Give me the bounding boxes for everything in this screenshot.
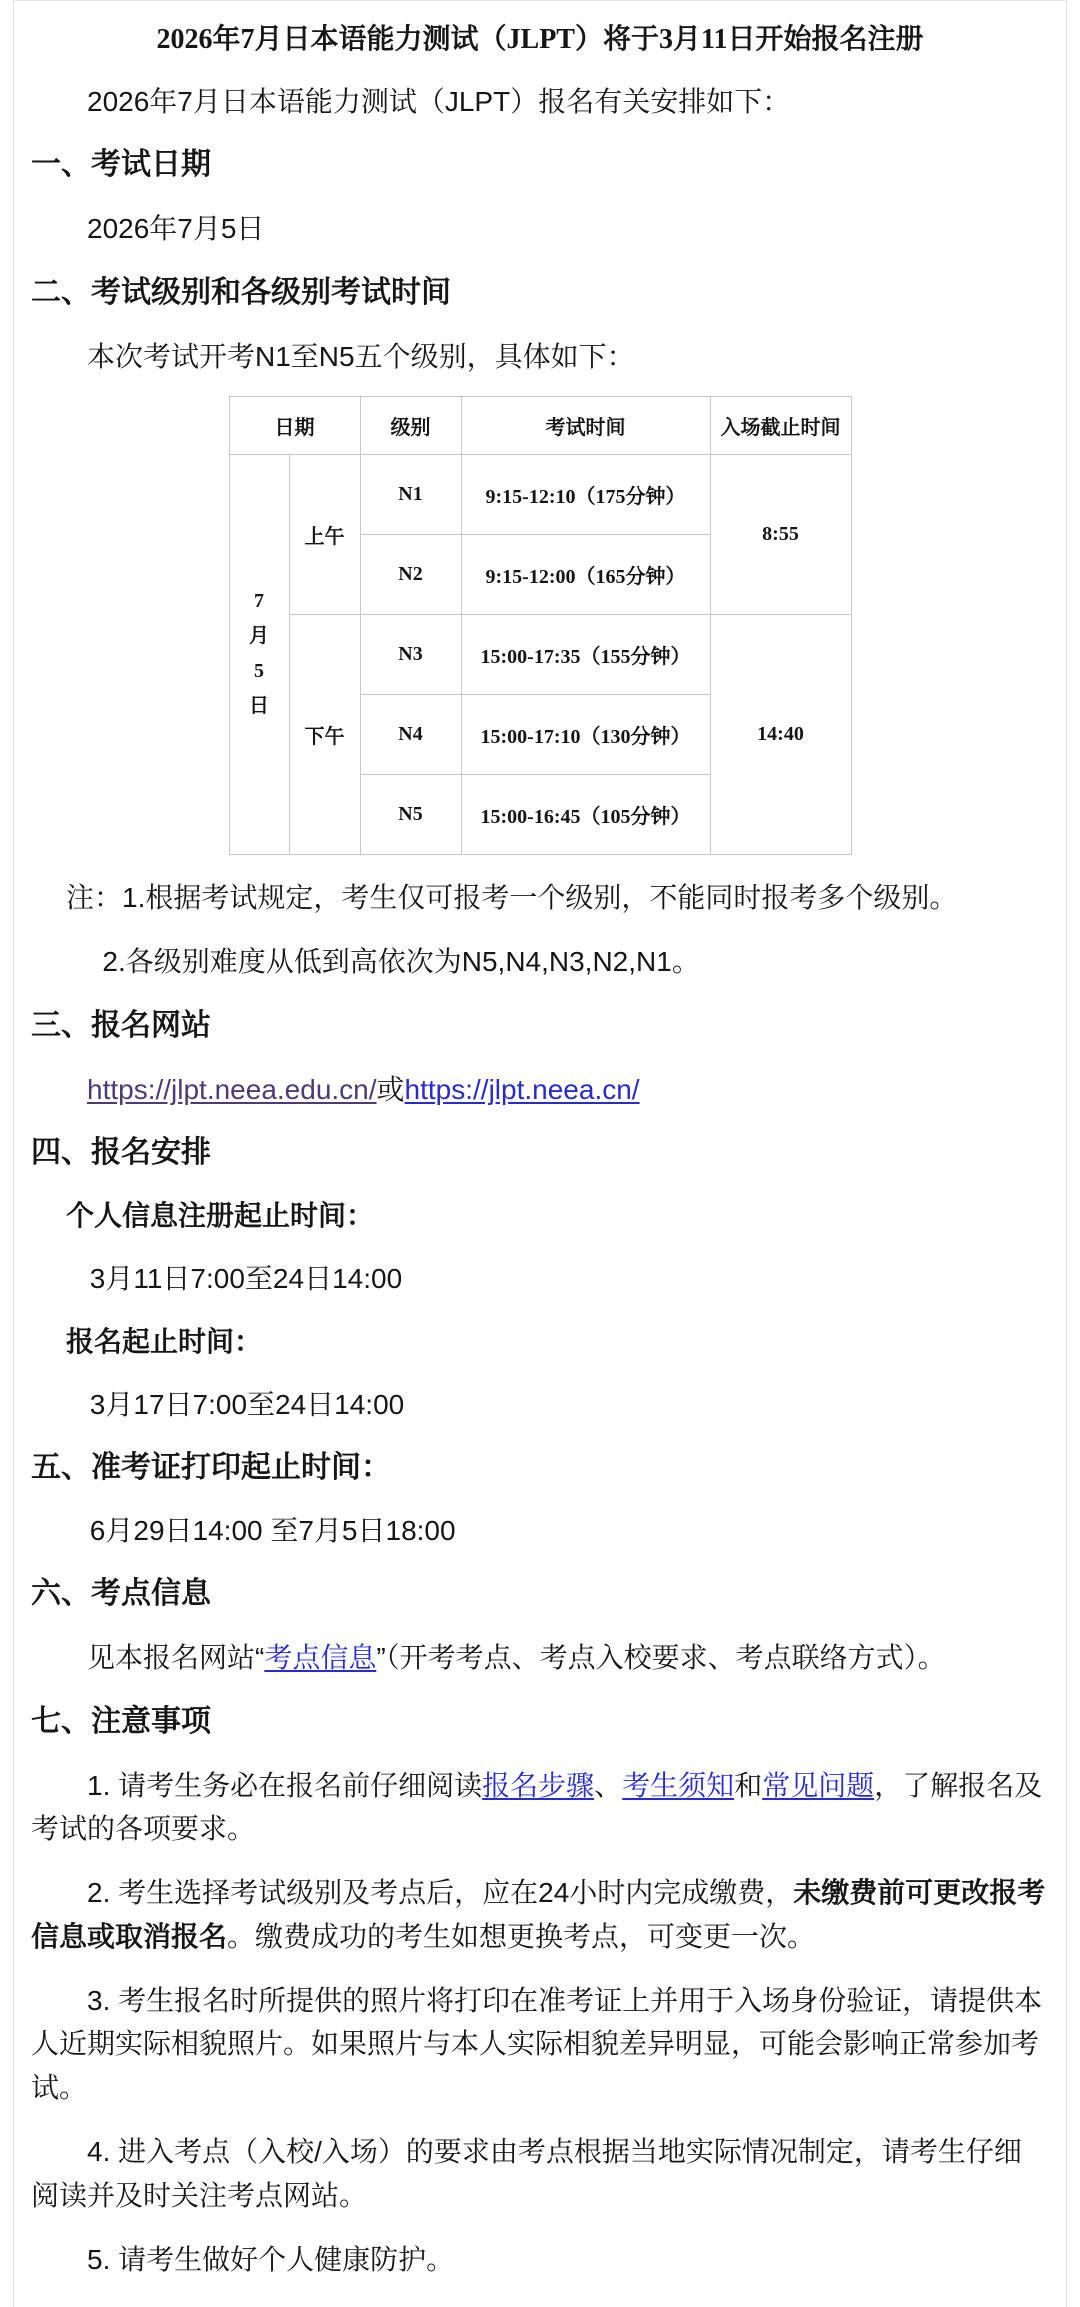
notice-item-1-pre: 1. 请考生务必在报名前仔细阅读 (87, 1770, 482, 1801)
table-row: 下午 N3 15:00-17:35（155分钟） 14:40 (229, 614, 851, 694)
test-center-text-post: ”（开考考点、考点入校要求、考点联络方式）。 (376, 1642, 945, 1673)
registration-url-alt-link[interactable]: https://jlpt.neea.cn/ (405, 1074, 640, 1105)
notice-item-4: 4. 进入考点（入校/入场）的要求由考点根据当地实际情况制定，请考生仔细阅读并及… (31, 2130, 1049, 2217)
personal-info-period-label: 个人信息注册起止时间： (31, 1195, 1049, 1237)
notes-paragraph-1: 注：1.根据考试规定，考生仅可报考一个级别，不能同时报考多个级别。 (31, 876, 1049, 919)
test-center-info-link[interactable]: 考点信息 (264, 1642, 376, 1673)
faq-link[interactable]: 常见问题 (762, 1770, 874, 1801)
level-cell-n1: N1 (360, 454, 461, 534)
notice-item-2-post: 。缴费成功的考生如想更换考点，可变更一次。 (227, 1921, 815, 1952)
section-5-heading: 五、准考证打印起止时间： (31, 1447, 1049, 1489)
notice-page: 2026年7月日本语能力测试（JLPT）将于3月11日开始报名注册 2026年7… (0, 0, 1080, 2307)
section-6-heading: 六、考点信息 (31, 1573, 1049, 1615)
section-2-heading: 二、考试级别和各级别考试时间 (31, 272, 1049, 314)
time-cell-n5: 15:00-16:45（105分钟） (461, 774, 710, 854)
registration-steps-link[interactable]: 报名步骤 (482, 1770, 594, 1801)
notice-item-5: 5. 请考生做好个人健康防护。 (31, 2238, 1049, 2281)
time-cell-n3: 15:00-17:35（155分钟） (461, 614, 710, 694)
test-center-text-pre: 见本报名网站“ (87, 1642, 264, 1673)
intro-paragraph: 2026年7月日本语能力测试（JLPT）报名有关安排如下： (31, 80, 1049, 123)
notice-item-1-sep1: 、 (594, 1770, 622, 1801)
time-cell-n2: 9:15-12:00（165分钟） (461, 534, 710, 614)
personal-info-period-value: 3月11日7:00至24日14:00 (31, 1258, 1049, 1300)
section-2-intro: 本次考试开考N1至N5五个级别，具体如下： (31, 335, 1049, 378)
admission-ticket-period-value: 6月29日14:00 至7月5日18:00 (31, 1510, 1049, 1552)
session-morning-cell: 上午 (289, 454, 360, 614)
exam-date: 2026年7月5日 (31, 207, 1049, 250)
table-header-row: 日期 级别 考试时间 入场截止时间 (229, 396, 851, 454)
url-separator: 或 (377, 1074, 405, 1105)
level-header: 级别 (360, 396, 461, 454)
time-cell-n4: 15:00-17:10（130分钟） (461, 694, 710, 774)
date-char: 月 (230, 619, 289, 654)
notice-item-1: 1. 请考生务必在报名前仔细阅读报名步骤、考生须知和常见问题，了解报名及考试的各… (31, 1764, 1049, 1851)
notice-title: 2026年7月日本语能力测试（JLPT）将于3月11日开始报名注册 (31, 21, 1049, 59)
level-cell-n5: N5 (360, 774, 461, 854)
deadline-morning-cell: 8:55 (710, 454, 851, 614)
deadline-afternoon-cell: 14:40 (710, 614, 851, 854)
notice-item-2-pre: 2. 考生选择考试级别及考点后，应在24小时内完成缴费， (87, 1877, 793, 1908)
deadline-header: 入场截止时间 (710, 396, 851, 454)
date-char: 日 (230, 689, 289, 724)
section-1-heading: 一、考试日期 (31, 144, 1049, 186)
exam-schedule-table: 日期 级别 考试时间 入场截止时间 7 月 5 日 上午 N1 9:15-1 (229, 396, 852, 855)
section-7-heading: 七、注意事项 (31, 1701, 1049, 1743)
notice-item-2: 2. 考生选择考试级别及考点后，应在24小时内完成缴费，未缴费前可更改报考信息或… (31, 1871, 1049, 1958)
date-cell: 7 月 5 日 (229, 454, 289, 854)
level-cell-n4: N4 (360, 694, 461, 774)
registration-url-primary-link[interactable]: https://jlpt.neea.edu.cn/ (87, 1074, 377, 1105)
section-3-heading: 三、报名网站 (31, 1005, 1049, 1047)
notice-item-3: 3. 考生报名时所提供的照片将打印在准考证上并用于入场身份验证，请提供本人近期实… (31, 1979, 1049, 2109)
registration-period-value: 3月17日7:00至24日14:00 (31, 1384, 1049, 1426)
time-header: 考试时间 (461, 396, 710, 454)
candidate-notice-link[interactable]: 考生须知 (622, 1770, 734, 1801)
test-center-paragraph: 见本报名网站“考点信息”（开考考点、考点入校要求、考点联络方式）。 (31, 1636, 1049, 1679)
table-row: 7 月 5 日 上午 N1 9:15-12:10（175分钟） 8:55 (229, 454, 851, 534)
registration-urls-line: https://jlpt.neea.edu.cn/或https://jlpt.n… (31, 1068, 1049, 1111)
registration-period-label: 报名起止时间： (31, 1321, 1049, 1363)
date-char: 7 (230, 584, 289, 619)
date-char: 5 (230, 654, 289, 689)
level-cell-n2: N2 (360, 534, 461, 614)
date-header: 日期 (229, 396, 360, 454)
section-4-heading: 四、报名安排 (31, 1132, 1049, 1174)
level-cell-n3: N3 (360, 614, 461, 694)
page-frame: 2026年7月日本语能力测试（JLPT）将于3月11日开始报名注册 2026年7… (13, 0, 1067, 2307)
session-afternoon-cell: 下午 (289, 614, 360, 854)
notice-item-1-sep2: 和 (734, 1770, 762, 1801)
time-cell-n1: 9:15-12:10（175分钟） (461, 454, 710, 534)
notes-paragraph-2: 2.各级别难度从低到高依次为N5,N4,N3,N2,N1。 (31, 940, 1049, 983)
